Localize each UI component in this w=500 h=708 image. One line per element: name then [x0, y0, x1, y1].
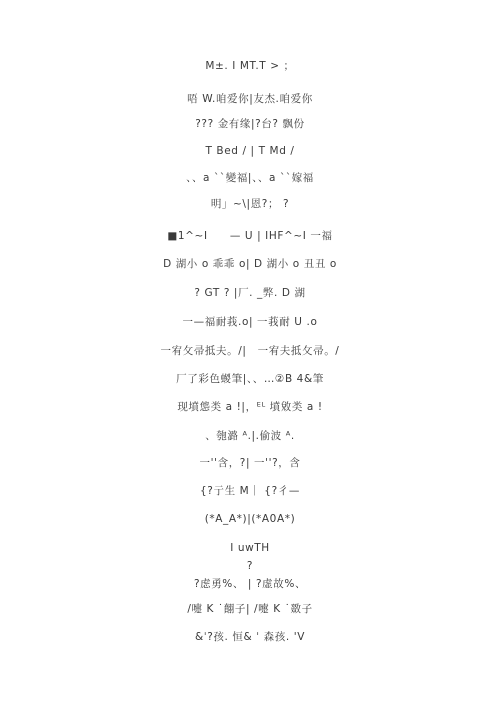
document-page: M±. I MT.T > ；唔 W.咱爱你|友杰.咱爱你??? 金有缘|?台? …	[0, 0, 500, 708]
text-line: 一''含，?| 一''?，含	[0, 456, 500, 470]
text-line: /嚏 K ˙翸子| /嚏 K ˙敪子	[0, 602, 500, 616]
text-line: M±. I MT.T > ；	[0, 59, 500, 73]
text-line: I uwTH	[0, 541, 500, 555]
text-line: ?	[0, 559, 500, 573]
text-line: 现墳怹类 a !|，ᴱᴸ 墳敓类 a !	[0, 400, 500, 414]
text-line: ??? 金有缘|?台? 飘份	[0, 117, 500, 131]
text-line: 一—福耐莪.o| 一莪耐 U .o	[0, 315, 500, 329]
text-line: 一宥攵帚抵夫。/| 一宥夫抵攵帚。/	[0, 344, 500, 358]
text-line: 厂了彩色蝬筆|、、…②B 4&筆	[0, 372, 500, 386]
text-line: ?虑勇%、 | ?虚故%、	[0, 577, 500, 591]
text-line: 明」~\|恩?； ?	[0, 197, 500, 211]
text-line: 、匏潞 ᴬ.|.偷波 ᴬ.	[0, 429, 500, 443]
text-line: ■1^~I — U | IHF^~I 一福	[0, 229, 500, 243]
text-line: 、、a ``變福|、、a ``嫁福	[0, 171, 500, 185]
text-line: T Bed / | T Md /	[0, 144, 500, 158]
text-line: {?亍生 M｜ {?彳—	[0, 484, 500, 498]
text-line: 唔 W.咱爱你|友杰.咱爱你	[0, 92, 500, 106]
text-line: &ˈ?孩. 恒& ˈ 森孩. 'V	[0, 630, 500, 644]
text-line: (*A_A*)|(*A0A*)	[0, 512, 500, 526]
text-line: D 湖小 o 乖乖 o| D 湖小 o 丑丑 o	[0, 257, 500, 271]
text-line: ? GT ? |厂. _弊. D 湖	[0, 286, 500, 300]
